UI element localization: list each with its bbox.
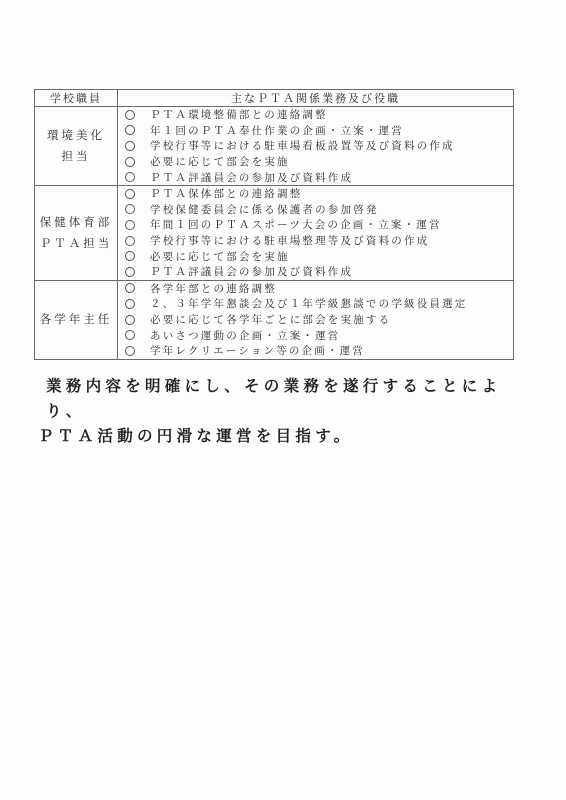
summary-line: ＰＴＡ活動の円滑な運営を目指す。 (38, 423, 538, 448)
circle-bullet-icon (125, 204, 135, 214)
duty-text: ＰＴＡ環境整備部との連絡調整 (150, 107, 328, 122)
duty-text: 学校行事等における駐車場整理等及び資料の作成 (150, 233, 429, 248)
table-row: 保健体育部 ＰＴＡ担当 ＰＴＡ保体部との連絡調整 学校保健委員会に係る保護者の参… (35, 185, 514, 280)
duty-text: 学校行事等における駐車場看板設置等及び資料の作成 (150, 138, 455, 153)
duty-text: 学年レクリエーション等の企画・運営 (150, 343, 365, 358)
list-item: ２、３年学年懇談会及び１年学級懇談での学級役員選定 (118, 296, 513, 312)
circle-bullet-icon (125, 330, 135, 340)
staff-cell: 保健体育部 ＰＴＡ担当 (35, 185, 118, 280)
circle-bullet-icon (125, 315, 135, 325)
duty-text: あいさつ運動の企画・立案・運営 (150, 328, 341, 343)
duty-text: 年間１回のＰＴＡスポーツ大会の企画・立案・運営 (150, 217, 442, 232)
duty-text: ２、３年学年懇談会及び１年学級懇談での学級役員選定 (150, 296, 468, 311)
table-header-row: 学校職員 主なＰＴＡ関係業務及び役職 (35, 90, 514, 107)
list-item: 必要に応じて部会を実施 (118, 248, 513, 264)
summary-line: 業務内容を明確にし、その業務を遂行することにより、 (38, 373, 538, 423)
duty-text: 各学年部との連絡調整 (150, 281, 277, 296)
duties-cell: 各学年部との連絡調整 ２、３年学年懇談会及び１年学級懇談での学級役員選定 必要に… (118, 280, 514, 359)
list-item: 学校行事等における駐車場看板設置等及び資料の作成 (118, 138, 513, 154)
header-staff: 学校職員 (35, 90, 118, 107)
circle-bullet-icon (125, 299, 135, 309)
circle-bullet-icon (125, 283, 135, 293)
list-item: 必要に応じて各学年ごとに部会を実施する (118, 312, 513, 328)
document-page: 学校職員 主なＰＴＡ関係業務及び役職 環境美化 担当 ＰＴＡ環境整備部との連絡調… (0, 0, 566, 800)
circle-bullet-icon (125, 267, 135, 277)
staff-label: 環境美化 (35, 125, 117, 146)
duty-text: ＰＴＡ評議員会の参加及び資料作成 (150, 170, 353, 185)
duties-cell: ＰＴＡ環境整備部との連絡調整 年１回のＰＴＡ奉仕作業の企画・立案・運営 学校行事… (118, 107, 514, 186)
list-item: ＰＴＡ評議員会の参加及び資料作成 (118, 264, 513, 280)
circle-bullet-icon (125, 110, 135, 120)
duty-text: 必要に応じて部会を実施 (150, 249, 290, 264)
staff-label: 担当 (35, 146, 117, 167)
staff-label: ＰＴＡ担当 (35, 233, 117, 254)
list-item: ＰＴＡ評議員会の参加及び資料作成 (118, 169, 513, 185)
staff-label: 保健体育部 (35, 212, 117, 233)
pta-duties-table: 学校職員 主なＰＴＡ関係業務及び役職 環境美化 担当 ＰＴＡ環境整備部との連絡調… (34, 89, 514, 360)
circle-bullet-icon (125, 172, 135, 182)
duties-cell: ＰＴＡ保体部との連絡調整 学校保健委員会に係る保護者の参加啓発 年間１回のＰＴＡ… (118, 185, 514, 280)
circle-bullet-icon (125, 346, 135, 356)
staff-cell: 環境美化 担当 (35, 107, 118, 186)
list-item: 年間１回のＰＴＡスポーツ大会の企画・立案・運営 (118, 217, 513, 233)
duty-text: ＰＴＡ評議員会の参加及び資料作成 (150, 264, 353, 279)
list-item: 各学年部との連絡調整 (118, 281, 513, 297)
list-item: ＰＴＡ環境整備部との連絡調整 (118, 107, 513, 123)
list-item: ＰＴＡ保体部との連絡調整 (118, 186, 513, 202)
duty-text: 必要に応じて部会を実施 (150, 154, 290, 169)
circle-bullet-icon (125, 157, 135, 167)
circle-bullet-icon (125, 141, 135, 151)
staff-label: 各学年主任 (35, 309, 117, 330)
list-item: あいさつ運動の企画・立案・運営 (118, 327, 513, 343)
circle-bullet-icon (125, 189, 135, 199)
circle-bullet-icon (125, 125, 135, 135)
duty-text: 必要に応じて各学年ごとに部会を実施する (150, 312, 391, 327)
list-item: 必要に応じて部会を実施 (118, 154, 513, 170)
duty-text: ＰＴＡ保体部との連絡調整 (150, 186, 302, 201)
duty-text: 学校保健委員会に係る保護者の参加啓発 (150, 202, 379, 217)
circle-bullet-icon (125, 251, 135, 261)
staff-cell: 各学年主任 (35, 280, 118, 359)
list-item: 年１回のＰＴＡ奉仕作業の企画・立案・運営 (118, 123, 513, 139)
circle-bullet-icon (125, 236, 135, 246)
summary-paragraph: 業務内容を明確にし、その業務を遂行することにより、 ＰＴＡ活動の円滑な運営を目指… (38, 373, 538, 448)
list-item: 学校保健委員会に係る保護者の参加啓発 (118, 202, 513, 218)
table-row: 各学年主任 各学年部との連絡調整 ２、３年学年懇談会及び１年学級懇談での学級役員… (35, 280, 514, 359)
header-duties: 主なＰＴＡ関係業務及び役職 (118, 90, 514, 107)
duty-text: 年１回のＰＴＡ奉仕作業の企画・立案・運営 (150, 123, 404, 138)
table-row: 環境美化 担当 ＰＴＡ環境整備部との連絡調整 年１回のＰＴＡ奉仕作業の企画・立案… (35, 107, 514, 186)
circle-bullet-icon (125, 220, 135, 230)
list-item: 学年レクリエーション等の企画・運営 (118, 343, 513, 359)
list-item: 学校行事等における駐車場整理等及び資料の作成 (118, 233, 513, 249)
